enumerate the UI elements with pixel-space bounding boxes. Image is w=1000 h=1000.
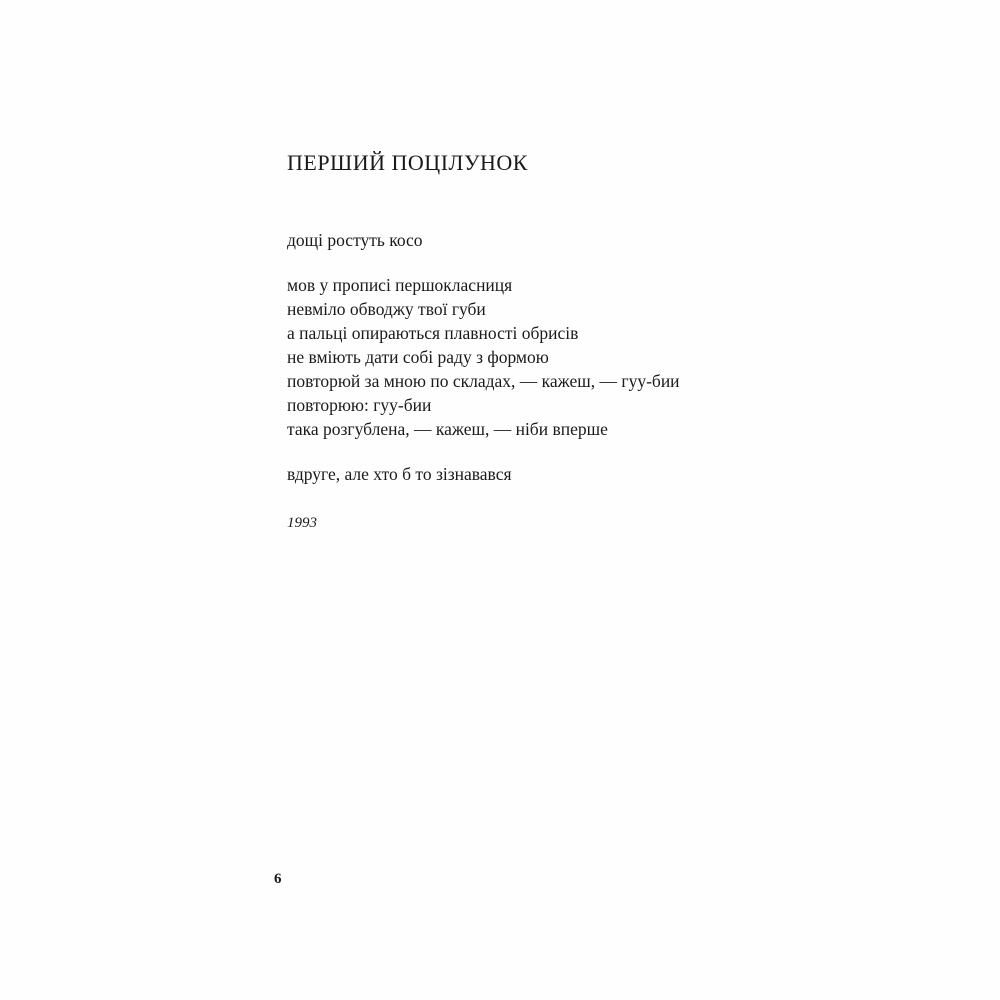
book-page: ПЕРШИЙ ПОЦІЛУНОК дощі ростуть косо мов у… xyxy=(0,0,1000,1000)
poem-line: вдруге, але хто б то зізнавався xyxy=(287,462,512,486)
poem-line: мов у прописі першокласниця xyxy=(287,273,512,297)
poem-line: а пальці опираються плавності обрисів xyxy=(287,321,578,345)
poem-title: ПЕРШИЙ ПОЦІЛУНОК xyxy=(287,148,528,178)
poem-line: повторюй за мною по складах, — кажеш, — … xyxy=(287,369,680,393)
poem-line: невміло обводжу твої губи xyxy=(287,297,486,321)
poem-line: дощі ростуть косо xyxy=(287,228,423,252)
poem-year: 1993 xyxy=(287,513,317,533)
poem-line: така розгублена, — кажеш, — ніби вперше xyxy=(287,417,608,441)
poem-line: не вміють дати собі раду з формою xyxy=(287,345,549,369)
poem-line: повторюю: гуу-бии xyxy=(287,393,431,417)
page-number: 6 xyxy=(274,869,282,889)
